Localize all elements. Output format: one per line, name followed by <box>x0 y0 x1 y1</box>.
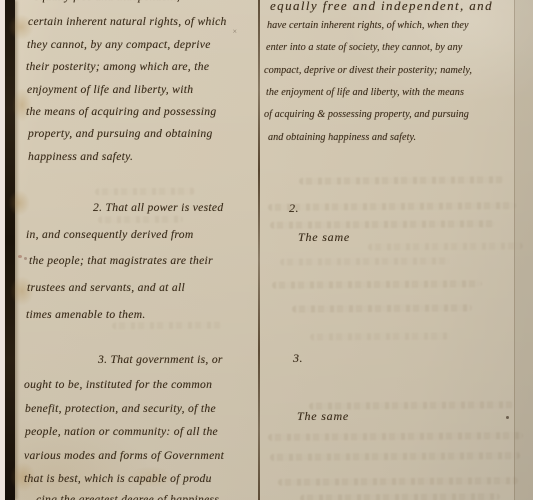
column-divider-rule <box>258 0 260 500</box>
bleed-through-line <box>300 493 500 500</box>
right-col-line: compact, deprive or divest their posteri… <box>264 63 472 78</box>
left-col-line: trustees and servants, and at all <box>27 280 185 295</box>
left-col-line: certain inherent natural rights, of whic… <box>28 14 227 29</box>
article-2-number: 2. <box>289 201 299 216</box>
right-col-line: enter into a state of society, they cann… <box>266 40 462 55</box>
article-2-first-line: 2. That all power is vested <box>93 200 223 215</box>
right-col-line: and obtaining happiness and safety. <box>268 130 416 145</box>
right-col-line: of acquiring & possessing property, and … <box>264 107 469 122</box>
right-col-line: have certain inherent rights, of which, … <box>267 18 469 33</box>
left-col-line: they cannot, by any compact, deprive <box>27 37 211 52</box>
ink-dot <box>506 416 509 419</box>
left-col-line: the means of acquiring and possessing <box>26 104 216 119</box>
bleed-through-line <box>112 322 222 330</box>
left-col-line: happiness and safety. <box>28 149 133 164</box>
bleed-through-line <box>310 333 450 341</box>
right-col-line: equally free and independent, and <box>270 0 493 13</box>
left-col-line: in, and consequently derived from <box>26 227 194 242</box>
article-3-first-line: 3. That government is, or <box>98 352 223 367</box>
left-col-line: that is best, which is capable of produ <box>24 471 212 486</box>
right-col-line: the enjoyment of life and liberty, with … <box>266 85 464 100</box>
article-3-note: The same <box>297 409 349 424</box>
article-2-note: The same <box>298 230 350 245</box>
bleed-through-line <box>292 304 472 312</box>
left-col-line: their posterity; among which are, the <box>26 59 209 74</box>
bleed-through-line <box>95 188 195 196</box>
insertion-mark: × <box>232 27 237 36</box>
margin-speck <box>18 255 22 258</box>
left-col-clipped-bottom-line: cing the greatest degree of happiness <box>36 492 219 500</box>
bleed-through-line <box>280 257 450 265</box>
left-col-clipped-top-line: equally free and independent, <box>34 0 180 4</box>
bleed-through-line <box>272 280 482 288</box>
bleed-through-line <box>299 176 504 184</box>
margin-speck <box>24 257 27 260</box>
left-col-line: enjoyment of life and liberty, with <box>27 82 193 97</box>
left-col-line: ought to be, instituted for the common <box>24 377 212 392</box>
left-col-line: various modes and forms of Government <box>24 448 224 463</box>
left-col-line: times amenable to them. <box>26 307 146 322</box>
left-col-line: people, nation or community: of all the <box>25 424 218 439</box>
left-col-line: the people; that magistrates are their <box>29 253 213 268</box>
bleed-through-line <box>98 216 183 224</box>
manuscript-photo: equally free and independent, certain in… <box>0 0 533 500</box>
paper-torn-edge <box>5 0 15 500</box>
left-col-line: benefit, protection, and security, of th… <box>25 401 216 416</box>
article-3-number: 3. <box>293 351 303 366</box>
ink-stain <box>8 190 30 216</box>
left-col-line: property, and pursuing and obtaining <box>28 126 213 141</box>
bleed-through-line <box>368 242 523 250</box>
paper-right-shading <box>515 0 533 500</box>
